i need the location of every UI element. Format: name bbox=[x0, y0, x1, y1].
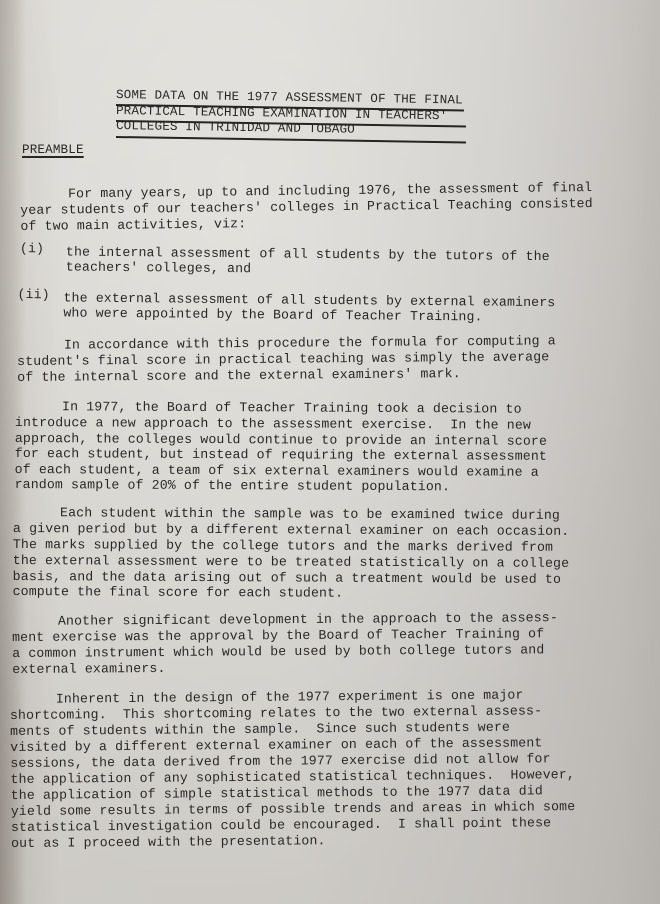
title-line-3: COLLEGES IN TRINIDAD AND TOBAGO bbox=[116, 119, 355, 137]
text-line: Each student within the sample was to be… bbox=[60, 505, 560, 523]
section-heading: PREAMBLE bbox=[22, 143, 84, 157]
text-line: compute the final score for each student… bbox=[13, 584, 344, 601]
text-line: The marks supplied by the college tutors… bbox=[13, 537, 553, 555]
text-line: a given period but by a different extern… bbox=[13, 521, 569, 539]
text-line: introduce a new approach to the assessme… bbox=[15, 415, 531, 433]
text-line: a common instrument which would be used … bbox=[12, 642, 544, 661]
list-item-text: who were appointed by the Board of Teach… bbox=[63, 305, 482, 324]
text-line: the external assessment were to be treat… bbox=[13, 553, 569, 571]
list-item-text: teachers' colleges, and bbox=[66, 259, 252, 276]
list-marker-i: (i) bbox=[20, 241, 44, 256]
text-line: In 1977, the Board of Teacher Training t… bbox=[62, 399, 522, 416]
title-underline-3 bbox=[116, 136, 466, 143]
list-marker-ii: (ii) bbox=[17, 287, 49, 302]
text-line: of two main activities, viz: bbox=[20, 216, 246, 234]
document-page: SOME DATA ON THE 1977 ASSESSMENT OF THE … bbox=[0, 0, 660, 904]
text-line: out as I proceed with the presentation. bbox=[11, 833, 326, 851]
text-line: random sample of 20% of the entire stude… bbox=[15, 477, 451, 494]
text-line: of the internal score and the external e… bbox=[17, 366, 461, 385]
text-line: for each student, but instead of requiri… bbox=[15, 446, 547, 464]
text-line: external examiners. bbox=[12, 661, 165, 677]
